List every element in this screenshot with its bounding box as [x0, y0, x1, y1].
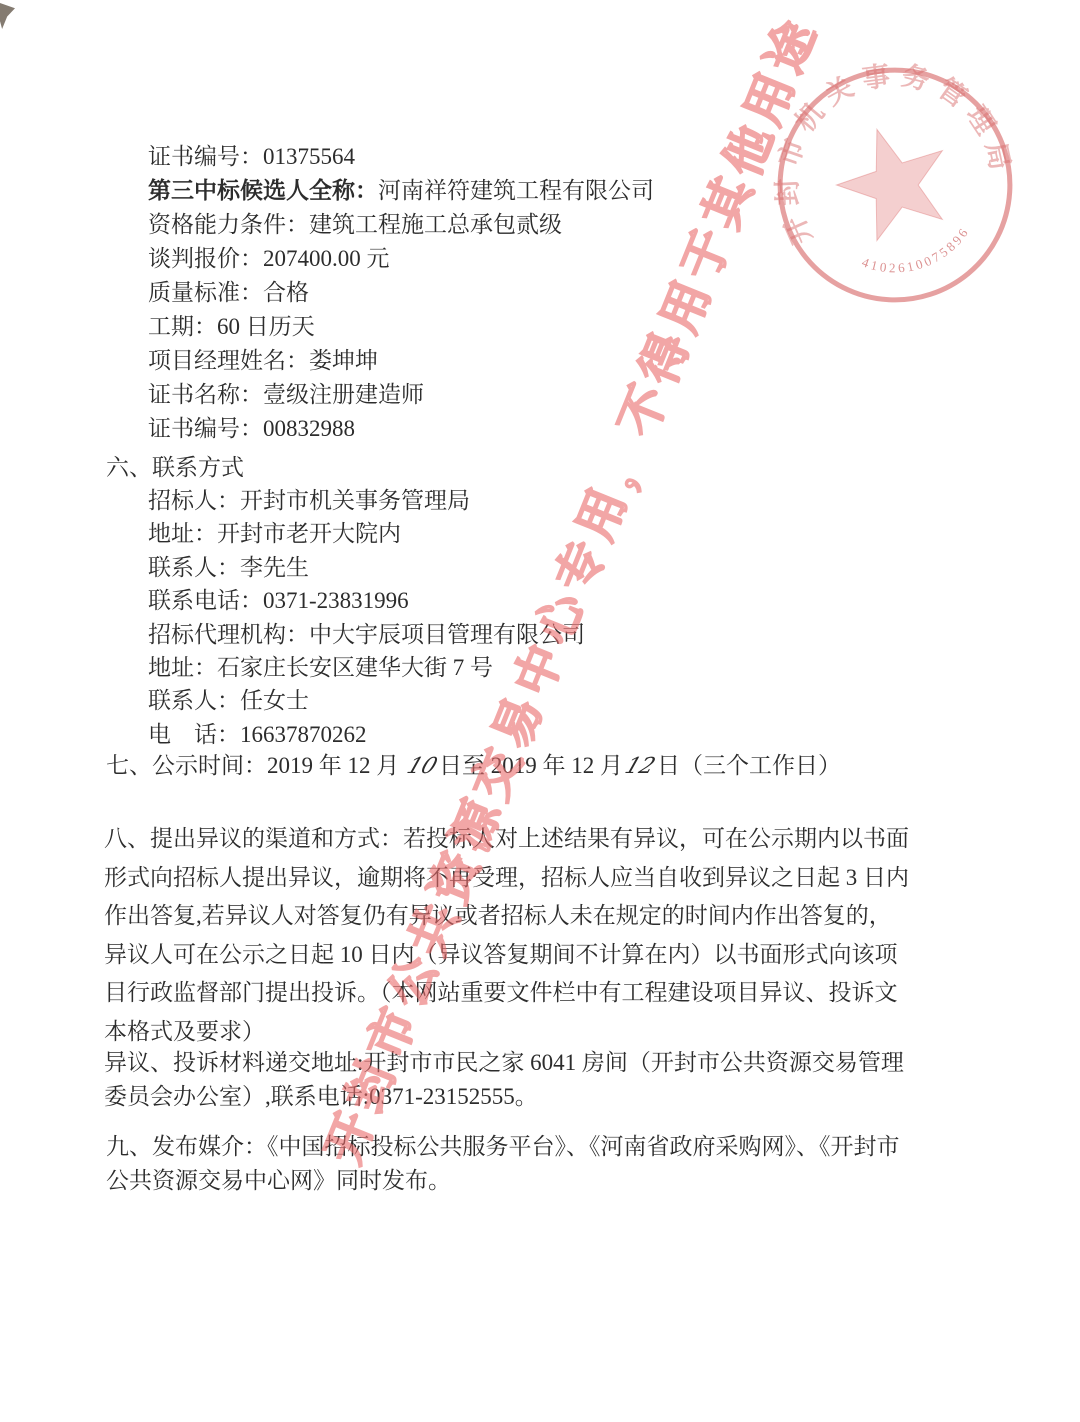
agency-line: 招标代理机构：中大宇辰项目管理有限公司: [148, 618, 585, 651]
cert-number-2-line: 证书编号：00832988: [148, 412, 654, 446]
media-section: 九、发布媒介：《中国招标投标公共服务平台》、《河南省政府采购网》、《开封市 公共…: [106, 1130, 900, 1198]
qualification-line: 资格能力条件：建筑工程施工总承包贰级: [148, 208, 654, 242]
objection-address-block: 异议、投诉材料递交地址:开封市市民之家 6041 房间（开封市公共资源交易管理 …: [104, 1046, 904, 1113]
seal-arc-text: 开封市机关事务管理局: [739, 28, 1020, 250]
third-candidate-value: 河南祥符建筑工程有限公司: [378, 178, 654, 203]
section-6-heading: 六、联系方式: [106, 449, 244, 482]
seal-serial-number: 4102610075896: [856, 221, 979, 290]
tenderer-contact-line: 联系人：李先生: [148, 551, 585, 584]
cert-name-line: 证书名称：壹级注册建造师: [148, 378, 654, 412]
cert-number-line: 证书编号：01375564: [148, 140, 654, 174]
objection-paragraph: 八、提出异议的渠道和方式：若投标人对上述结果有异议，可在公示期内以书面 形式向招…: [104, 820, 909, 1052]
objection-address-line: 异议、投诉材料递交地址:开封市市民之家 6041 房间（开封市公共资源交易管理: [104, 1046, 904, 1080]
seal-ring: [750, 40, 1040, 330]
svg-text:4102610075896: 4102610075896: [856, 221, 979, 290]
agency-contact-line: 联系人：任女士: [148, 684, 585, 717]
third-candidate-label: 第三中标候选人全称：: [148, 178, 378, 203]
handwritten-end-date: 12: [618, 754, 661, 779]
handwritten-start-date: 10: [400, 754, 443, 779]
candidate-details-block: 证书编号：01375564 第三中标候选人全称：河南祥符建筑工程有限公司 资格能…: [148, 140, 654, 446]
third-candidate-line: 第三中标候选人全称：河南祥符建筑工程有限公司: [148, 174, 654, 208]
seal-star: [824, 112, 962, 247]
quality-line: 质量标准：合格: [148, 276, 654, 310]
objection-line: 八、提出异议的渠道和方式：若投标人对上述结果有异议，可在公示期内以书面: [104, 820, 909, 859]
publicity-mid: 日至 2019 年 12 月: [439, 753, 623, 778]
tenderer-address-line: 地址：开封市老开大院内: [148, 517, 585, 550]
objection-line: 异议人可在公示之日起 10 日内（异议答复期间不计算在内）以书面形式向该项: [104, 936, 909, 975]
tenderer-phone-line: 联系电话：0371-23831996: [148, 584, 585, 617]
duration-line: 工期：60 日历天: [148, 310, 654, 344]
manager-line: 项目经理姓名：娄坤坤: [148, 344, 654, 378]
objection-line: 目行政监督部门提出投诉。（本网站重要文件栏中有工程建设项目异议、投诉文: [104, 974, 909, 1013]
section-7-publicity-line: 七、公示时间：2019 年 12 月 10日至 2019 年 12 月12日（三…: [106, 747, 841, 780]
price-line: 谈判报价：207400.00 元: [148, 242, 654, 276]
document-page: 证书编号：01375564 第三中标候选人全称：河南祥符建筑工程有限公司 资格能…: [0, 0, 1080, 1422]
agency-address-line: 地址：石家庄长安区建华大街 7 号: [148, 651, 585, 684]
contact-block: 招标人：开封市机关事务管理局 地址：开封市老开大院内 联系人：李先生 联系电话：…: [148, 484, 585, 751]
tenderer-line: 招标人：开封市机关事务管理局: [148, 484, 585, 517]
objection-line: 形式向招标人提出异议，逾期将不再受理，招标人应当自收到异议之日起 3 日内: [104, 859, 909, 898]
svg-text:开封市机关事务管理局: 开封市机关事务管理局: [739, 28, 1020, 250]
scan-artifact: [0, 3, 15, 29]
official-seal: 开封市机关事务管理局 4102610075896: [732, 22, 1057, 347]
media-line: 九、发布媒介：《中国招标投标公共服务平台》、《河南省政府采购网》、《开封市: [106, 1130, 900, 1164]
publicity-prefix: 七、公示时间：2019 年 12 月: [106, 753, 405, 778]
objection-line: 作出答复,若异议人对答复仍有异议或者招标人未在规定的时间内作出答复的，: [104, 897, 909, 936]
media-line: 公共资源交易中心网》同时发布。: [106, 1164, 900, 1198]
publicity-suffix: 日（三个工作日）: [657, 753, 841, 778]
objection-address-line: 委员会办公室）,联系电话:0371-23152555。: [104, 1080, 904, 1114]
